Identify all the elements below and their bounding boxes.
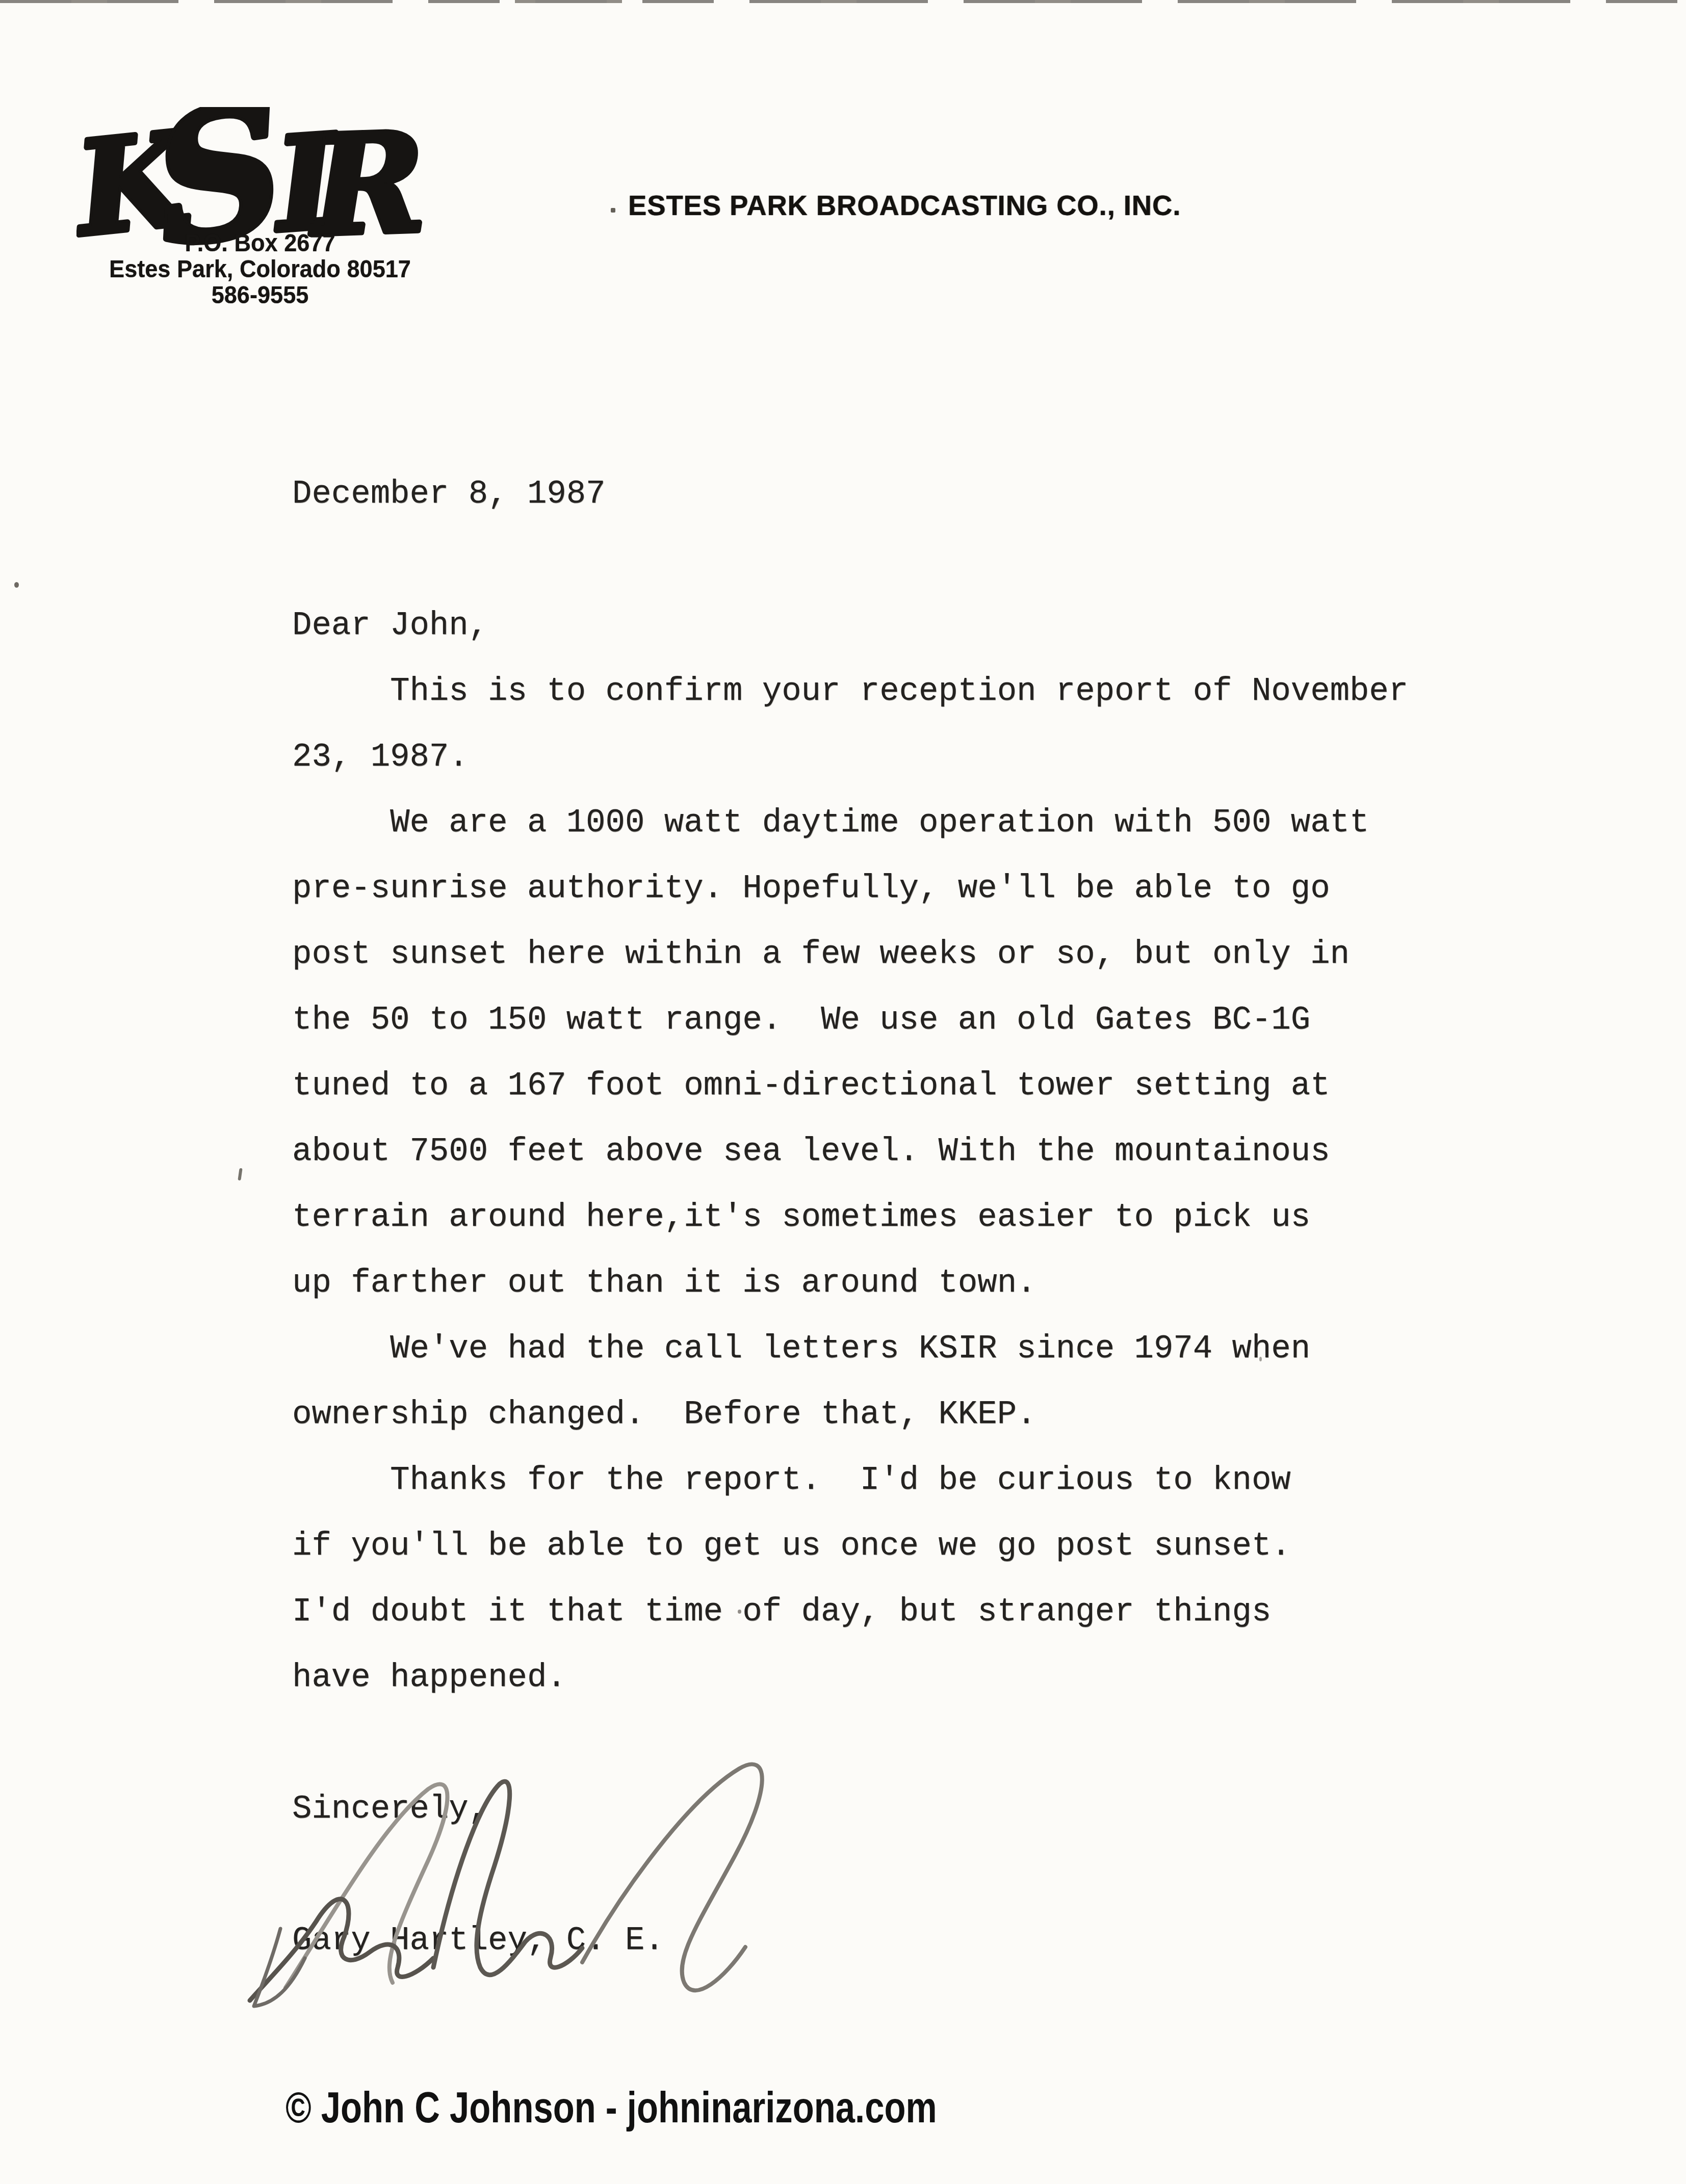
scan-speck bbox=[1259, 1357, 1262, 1361]
letter-line: terrain around here,it's sometimes easie… bbox=[292, 1185, 1408, 1251]
scan-edge-artifact bbox=[0, 0, 1686, 3]
letter-line: This is to confirm your reception report… bbox=[292, 659, 1408, 725]
scan-speck bbox=[14, 582, 19, 588]
salutation: Dear John, bbox=[292, 593, 1408, 659]
copyright-footer: © John C Johnson - johninarizona.com bbox=[286, 2082, 937, 2133]
letter-line: ownership changed. Before that, KKEP. bbox=[292, 1382, 1408, 1448]
signature-stroke bbox=[582, 1764, 762, 1990]
letter-line: tuned to a 167 foot omni-directional tow… bbox=[292, 1054, 1408, 1119]
letter-line: the 50 to 150 watt range. We use an old … bbox=[292, 988, 1408, 1054]
letter-line: if you'll be able to get us once we go p… bbox=[292, 1514, 1408, 1580]
signature-stroke bbox=[286, 1784, 448, 1988]
letter-line: We are a 1000 watt daytime operation wit… bbox=[292, 791, 1408, 856]
blank-line bbox=[292, 528, 1408, 593]
letter-line: up farther out than it is around town. bbox=[292, 1251, 1408, 1317]
letter-line: pre-sunrise authority. Hopefully, we'll … bbox=[292, 856, 1408, 922]
letter-line: 23, 1987. bbox=[292, 725, 1408, 791]
letter-line: about 7500 feet above sea level. With th… bbox=[292, 1119, 1408, 1185]
scan-speck bbox=[611, 208, 615, 213]
letter-line: We've had the call letters KSIR since 19… bbox=[292, 1317, 1408, 1382]
scan-speck bbox=[238, 1168, 242, 1181]
letter-line: have happened. bbox=[292, 1645, 1408, 1711]
scanned-letter-page: K S I R ESTES PARK BROADCASTING CO., INC… bbox=[0, 0, 1686, 2184]
letter-line: post sunset here within a few weeks or s… bbox=[292, 922, 1408, 988]
address-po-box: P.O. Box 2677 bbox=[68, 230, 452, 256]
letter-line: Thanks for the report. I'd be curious to… bbox=[292, 1448, 1408, 1514]
date-line: December 8, 1987 bbox=[292, 462, 1408, 528]
letterhead-address: P.O. Box 2677 Estes Park, Colorado 80517… bbox=[68, 230, 452, 308]
signature-stroke bbox=[433, 1781, 582, 1975]
signature-scribble bbox=[214, 1723, 877, 2008]
letter-line: I'd doubt it that time of day, but stran… bbox=[292, 1580, 1408, 1645]
address-phone: 586-9555 bbox=[68, 282, 452, 308]
company-name: ESTES PARK BROADCASTING CO., INC. bbox=[628, 189, 1181, 222]
scan-speck bbox=[738, 1610, 741, 1614]
address-city-state: Estes Park, Colorado 80517 bbox=[68, 256, 452, 282]
